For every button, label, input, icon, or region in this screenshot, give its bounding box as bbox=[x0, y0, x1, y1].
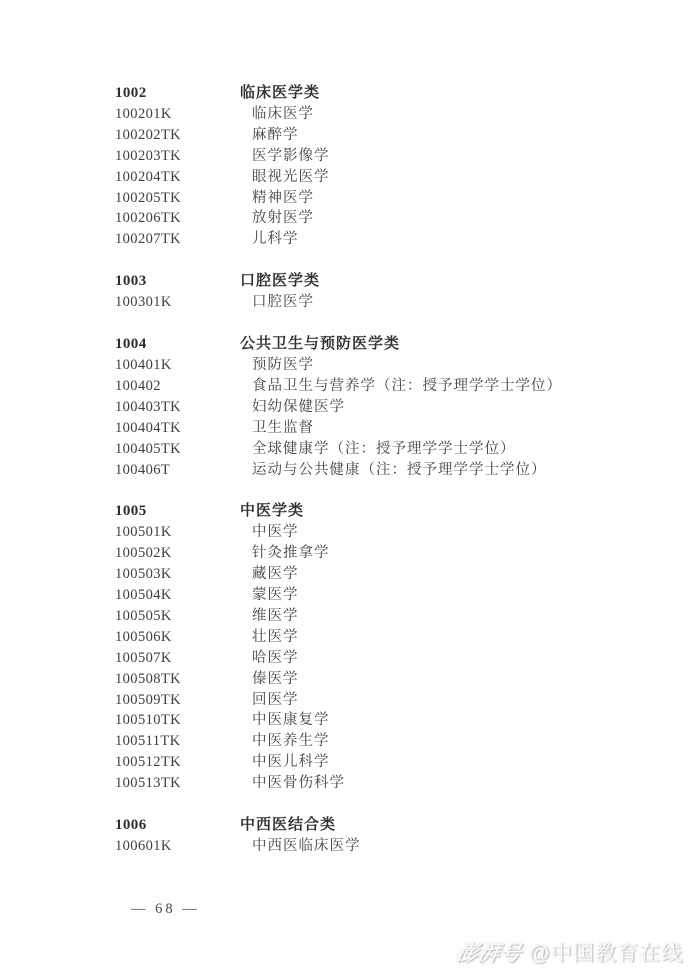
major-row: 100503K藏医学 bbox=[115, 564, 690, 585]
category-row: 1002临床医学类 bbox=[115, 83, 690, 104]
category-code: 1004 bbox=[115, 334, 240, 355]
major-row: 100202TK麻醉学 bbox=[115, 125, 690, 146]
major-name: 回医学 bbox=[240, 690, 299, 711]
major-code: 100401K bbox=[115, 355, 240, 376]
major-code: 100204TK bbox=[115, 167, 240, 188]
major-name: 中医骨伤科学 bbox=[240, 773, 345, 794]
major-code: 100405TK bbox=[115, 439, 240, 460]
major-name: 食品卫生与营养学（注：授予理学学士学位） bbox=[240, 376, 562, 397]
major-code: 100406T bbox=[115, 460, 240, 481]
catalog-section: 1006中西医结合类100601K中西医临床医学 bbox=[115, 815, 690, 857]
major-code: 100508TK bbox=[115, 669, 240, 690]
major-name: 临床医学 bbox=[240, 104, 314, 125]
major-row: 100511TK中医养生学 bbox=[115, 731, 690, 752]
major-name: 卫生监督 bbox=[240, 418, 314, 439]
page-number-label: — 68 — bbox=[131, 901, 200, 917]
catalog: 1002临床医学类100201K临床医学100202TK麻醉学100203TK医… bbox=[0, 0, 690, 857]
major-row: 100505K维医学 bbox=[115, 606, 690, 627]
major-code: 100301K bbox=[115, 292, 240, 313]
major-row: 100508TK傣医学 bbox=[115, 669, 690, 690]
major-code: 100206TK bbox=[115, 208, 240, 229]
major-row: 100405TK全球健康学（注：授予理学学士学位） bbox=[115, 439, 690, 460]
category-code: 1003 bbox=[115, 271, 240, 292]
major-name: 蒙医学 bbox=[240, 585, 299, 606]
major-name: 眼视光医学 bbox=[240, 167, 330, 188]
major-row: 100402食品卫生与营养学（注：授予理学学士学位） bbox=[115, 376, 690, 397]
category-name: 中医学类 bbox=[240, 501, 304, 522]
major-row: 100403TK妇幼保健医学 bbox=[115, 397, 690, 418]
major-code: 100201K bbox=[115, 104, 240, 125]
major-name: 全球健康学（注：授予理学学士学位） bbox=[240, 439, 516, 460]
major-code: 100513TK bbox=[115, 773, 240, 794]
major-row: 100301K口腔医学 bbox=[115, 292, 690, 313]
major-row: 100201K临床医学 bbox=[115, 104, 690, 125]
major-code: 100505K bbox=[115, 606, 240, 627]
major-code: 100202TK bbox=[115, 125, 240, 146]
category-code: 1005 bbox=[115, 501, 240, 522]
major-name: 针灸推拿学 bbox=[240, 543, 330, 564]
category-row: 1003口腔医学类 bbox=[115, 271, 690, 292]
major-code: 100402 bbox=[115, 376, 240, 397]
catalog-section: 1002临床医学类100201K临床医学100202TK麻醉学100203TK医… bbox=[115, 83, 690, 250]
major-name: 中西医临床医学 bbox=[240, 836, 361, 857]
document-page: 1002临床医学类100201K临床医学100202TK麻醉学100203TK医… bbox=[0, 0, 690, 976]
major-name: 口腔医学 bbox=[240, 292, 314, 313]
major-row: 100513TK中医骨伤科学 bbox=[115, 773, 690, 794]
major-code: 100507K bbox=[115, 648, 240, 669]
major-row: 100510TK中医康复学 bbox=[115, 710, 690, 731]
category-row: 1004公共卫生与预防医学类 bbox=[115, 334, 690, 355]
major-name: 儿科学 bbox=[240, 229, 299, 250]
major-code: 100404TK bbox=[115, 418, 240, 439]
category-row: 1006中西医结合类 bbox=[115, 815, 690, 836]
major-row: 100501K中医学 bbox=[115, 522, 690, 543]
category-name: 公共卫生与预防医学类 bbox=[240, 334, 400, 355]
major-name: 中医康复学 bbox=[240, 710, 330, 731]
major-name: 中医学 bbox=[240, 522, 299, 543]
major-name: 放射医学 bbox=[240, 208, 314, 229]
major-code: 100511TK bbox=[115, 731, 240, 752]
watermark: 澎湃号@中国教育在线 bbox=[457, 937, 683, 967]
major-name: 运动与公共健康（注：授予理学学士学位） bbox=[240, 460, 547, 481]
major-row: 100507K哈医学 bbox=[115, 648, 690, 669]
major-name: 中医养生学 bbox=[240, 731, 330, 752]
major-name: 藏医学 bbox=[240, 564, 299, 585]
major-code: 100506K bbox=[115, 627, 240, 648]
major-row: 100404TK卫生监督 bbox=[115, 418, 690, 439]
major-code: 100502K bbox=[115, 543, 240, 564]
watermark-handle: @中国教育在线 bbox=[529, 942, 683, 965]
major-code: 100501K bbox=[115, 522, 240, 543]
major-name: 哈医学 bbox=[240, 648, 299, 669]
major-code: 100512TK bbox=[115, 752, 240, 773]
major-name: 麻醉学 bbox=[240, 125, 299, 146]
major-row: 100203TK医学影像学 bbox=[115, 146, 690, 167]
major-row: 100207TK儿科学 bbox=[115, 229, 690, 250]
major-row: 100512TK中医儿科学 bbox=[115, 752, 690, 773]
major-name: 壮医学 bbox=[240, 627, 299, 648]
category-row: 1005中医学类 bbox=[115, 501, 690, 522]
major-code: 100601K bbox=[115, 836, 240, 857]
major-code: 100403TK bbox=[115, 397, 240, 418]
major-row: 100204TK眼视光医学 bbox=[115, 167, 690, 188]
major-name: 精神医学 bbox=[240, 188, 314, 209]
major-code: 100504K bbox=[115, 585, 240, 606]
major-row: 100502K针灸推拿学 bbox=[115, 543, 690, 564]
catalog-section: 1004公共卫生与预防医学类100401K预防医学100402食品卫生与营养学（… bbox=[115, 334, 690, 480]
category-code: 1006 bbox=[115, 815, 240, 836]
category-name: 中西医结合类 bbox=[240, 815, 336, 836]
major-name: 傣医学 bbox=[240, 669, 299, 690]
major-code: 100203TK bbox=[115, 146, 240, 167]
catalog-section: 1003口腔医学类100301K口腔医学 bbox=[115, 271, 690, 313]
major-row: 100406T运动与公共健康（注：授予理学学士学位） bbox=[115, 460, 690, 481]
major-row: 100205TK精神医学 bbox=[115, 188, 690, 209]
catalog-section: 1005中医学类100501K中医学100502K针灸推拿学100503K藏医学… bbox=[115, 501, 690, 794]
major-row: 100401K预防医学 bbox=[115, 355, 690, 376]
major-code: 100205TK bbox=[115, 188, 240, 209]
major-row: 100206TK放射医学 bbox=[115, 208, 690, 229]
major-name: 预防医学 bbox=[240, 355, 314, 376]
major-name: 医学影像学 bbox=[240, 146, 330, 167]
major-row: 100504K蒙医学 bbox=[115, 585, 690, 606]
category-name: 口腔医学类 bbox=[240, 271, 320, 292]
major-name: 妇幼保健医学 bbox=[240, 397, 345, 418]
major-name: 中医儿科学 bbox=[240, 752, 330, 773]
major-row: 100601K中西医临床医学 bbox=[115, 836, 690, 857]
major-name: 维医学 bbox=[240, 606, 299, 627]
major-code: 100510TK bbox=[115, 710, 240, 731]
category-code: 1002 bbox=[115, 83, 240, 104]
page-number: — 68 — bbox=[131, 901, 200, 918]
watermark-brand-logo: 澎湃号 bbox=[455, 937, 525, 967]
major-code: 100207TK bbox=[115, 229, 240, 250]
category-name: 临床医学类 bbox=[240, 83, 320, 104]
major-row: 100506K壮医学 bbox=[115, 627, 690, 648]
major-row: 100509TK回医学 bbox=[115, 690, 690, 711]
major-code: 100503K bbox=[115, 564, 240, 585]
major-code: 100509TK bbox=[115, 690, 240, 711]
